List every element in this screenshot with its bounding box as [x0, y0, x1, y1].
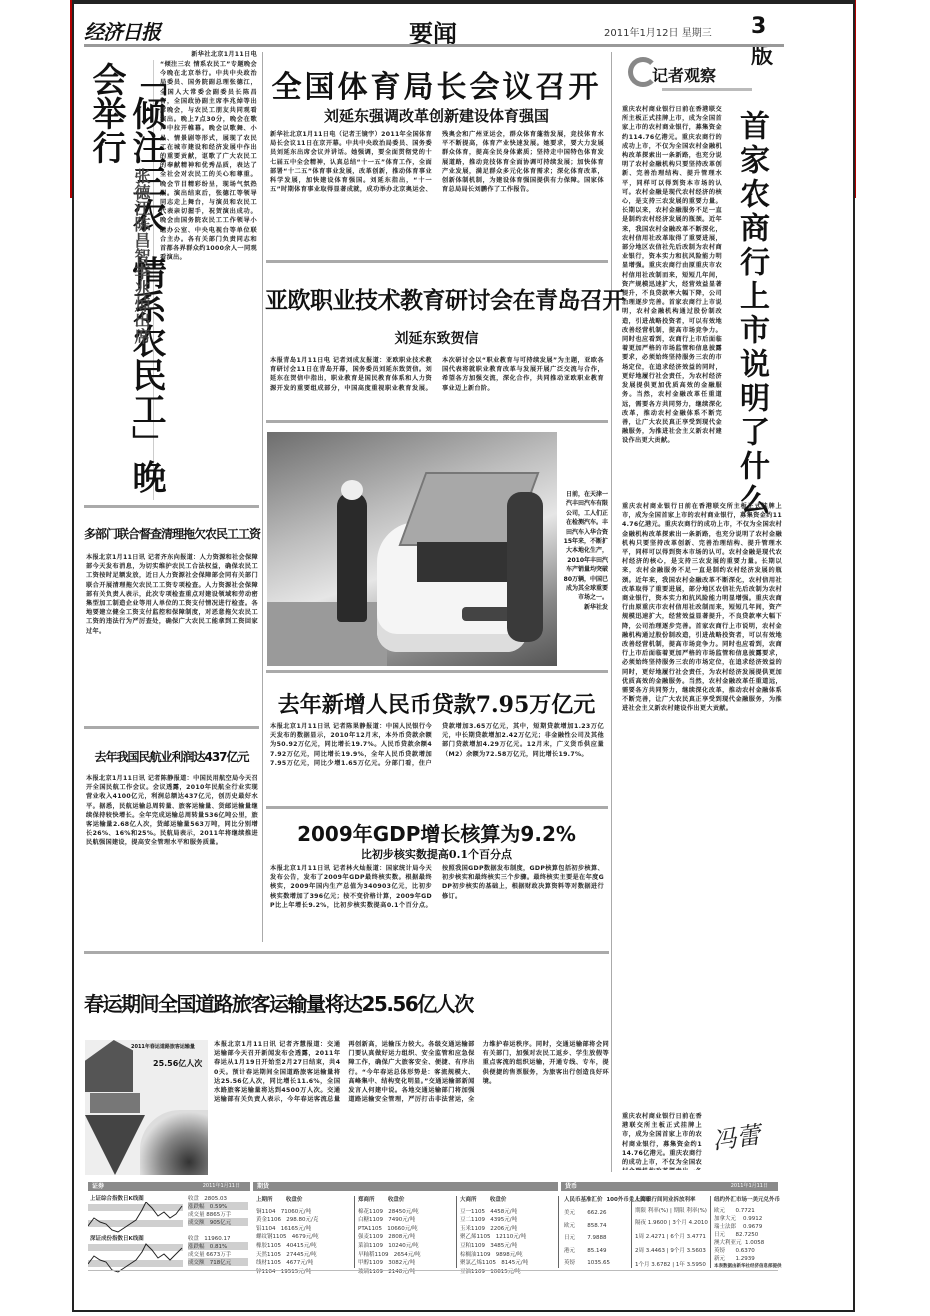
sh-line-chart: [88, 1202, 183, 1234]
article-sanong-title: 「倾注三农 情系农民工」晚会举行: [86, 62, 166, 502]
photo-caption: 日前，在天津一汽丰田汽车有限公司，工人们正在检测汽车。丰田汽车入华合资15年来，…: [562, 490, 608, 612]
market-data-strip: 证券 2011年1月11日 期货 货币 2011年1月11日 上证综合指数日K线…: [88, 1182, 778, 1268]
article-sanong-lead: 新华社北京1月11日电: [160, 50, 257, 60]
masthead: 经济日报 要闻 2011年1月12日 星期三 3版: [84, 14, 784, 44]
article-sports-title: 全国体育局长会议召开: [265, 62, 608, 106]
article-sanong-subtitle: 张德江陈昌智李兆焯出席: [130, 168, 153, 344]
article-wage-body: 本报北京1月11日讯 记者齐东向报道：人力资源和社会保障部今天发布消息，为切实维…: [86, 553, 258, 723]
article-aviation-body: 本报北京1月11日讯 记者陈静报道：中国民用航空局今天召开全国民航工作会议。会议…: [86, 774, 258, 934]
futures-dce: 大商所 收盘价 豆一1105 4458元/吨 豆二1109 4395元/吨 玉米…: [460, 1196, 528, 1276]
column-divider: [262, 52, 263, 942]
section-rule: [84, 951, 609, 954]
article-column-title: 首家农商行上市说明了什么: [733, 110, 769, 518]
section-rule: [266, 806, 608, 809]
section-rule: [266, 260, 608, 263]
article-loans-body: 本报北京1月11日讯 记者陈果静报道：中国人民银行今天发布的数据显示，2010年…: [270, 722, 604, 802]
article-column-body: 重庆农村商业银行日前在香港联交所主板正式挂牌上市，成为全国首家上市的农村商业银行…: [622, 502, 782, 1110]
stocks-header: 证券 2011年1月11日: [88, 1182, 250, 1191]
news-photo-car-factory: [267, 432, 557, 666]
issue-date: 2011年1月12日 星期三: [604, 24, 712, 39]
section-rule: [84, 726, 259, 729]
currency-header: 货币 2011年1月11日: [561, 1182, 778, 1191]
bottom-rule: [88, 1270, 778, 1271]
newspaper-logo: 经济日报: [84, 16, 160, 45]
article-gdp-subtitle: 比初步核实数提高0.1个百分点: [265, 846, 608, 862]
article-transport-body: 本报北京1月11日讯 记者齐慧报道：交通运输部今天召开新闻发布会透露，2011年…: [214, 1040, 609, 1172]
article-sports-body: 新华社北京1月11日电（记者王镜宇）2011年全国体育局长会议11日在京开幕。中…: [270, 130, 604, 252]
article-transport-title: 春运期间全国道路旅客运输量将达25.56亿人次: [84, 988, 472, 1017]
column-divider: [611, 52, 612, 1172]
article-aviation-title: 去年我国民航业利润达437亿元: [84, 748, 259, 765]
article-vocational-subtitle: 刘延东致贺信: [265, 328, 608, 348]
article-column-body-narrow: 重庆农村商业银行日前在香港联交所主板正式挂牌上市，成为全国首家上市的农村商业银行…: [622, 105, 722, 500]
photo-credit: 新华社发: [584, 604, 608, 611]
article-wage-title: 多部门联合督查清理拖欠农民工工资: [84, 525, 259, 542]
article-column-body-end: 重庆农村商业银行日前在香港联交所主板正式挂牌上市，成为全国首家上市的农村商业银行…: [622, 1112, 702, 1170]
sz-chart-title: 深证成份指数日K线图: [90, 1234, 144, 1242]
author-signature: 冯蕾: [710, 1115, 762, 1156]
section-rule: [84, 505, 259, 508]
ny-fx-rates: 纽约外汇市场一美元兑外币 欧元 0.7721 加拿大元 0.9912 瑞士法郎 …: [714, 1196, 782, 1274]
futures-header: 期货: [253, 1182, 558, 1191]
bus-icon: [85, 1040, 133, 1092]
article-loans-title: 去年新增人民币贷款7.95万亿元: [265, 688, 608, 719]
article-vocational-body: 本报青岛1月11日电 记者刘成友报道：亚欧职业技术教育研讨会11日在青岛开幕，国…: [270, 356, 604, 412]
article-gdp-title: 2009年GDP增长核算为9.2%: [265, 818, 608, 847]
section-rule: [266, 420, 608, 423]
sh-chart-title: 上证综合指数日K线图: [90, 1194, 144, 1202]
section-rule: [266, 670, 608, 673]
article-gdp-body: 本报北京1月11日讯 记者林火灿报道：国家统计局今天发布公告，发布了2009年G…: [270, 864, 604, 936]
article-sanong-body: “倾注三农 情系农民工”专题晚会今晚在北京举行。中共中央政治局委员、国务院副总理…: [160, 60, 257, 492]
sh-index-chart: [88, 1202, 183, 1234]
transport-infographic: 2011年春运道路旅客运输量 25.56亿人次: [85, 1040, 208, 1175]
article-sports-subtitle: 刘延东强调改革创新建设体育强国: [265, 105, 608, 126]
shibor-rates: 上海银行间同业拆放利率 期限 利率(%) | 期限 利率(%) 隔夜 1.960…: [635, 1196, 708, 1272]
article-vocational-title: 亚欧职业技术教育研讨会在青岛召开: [265, 282, 608, 315]
reporter-observation-logo: 记者观察: [628, 57, 778, 97]
masthead-rule: [84, 44, 784, 47]
futures-czce: 郑商所 收盘价 棉花1109 28450元/吨 白糖1109 7490元/吨 P…: [358, 1196, 421, 1276]
futures-shfe: 上期所 收盘价 铜1104 71060元/吨 黄金1106 298.80元/克 …: [256, 1196, 319, 1276]
